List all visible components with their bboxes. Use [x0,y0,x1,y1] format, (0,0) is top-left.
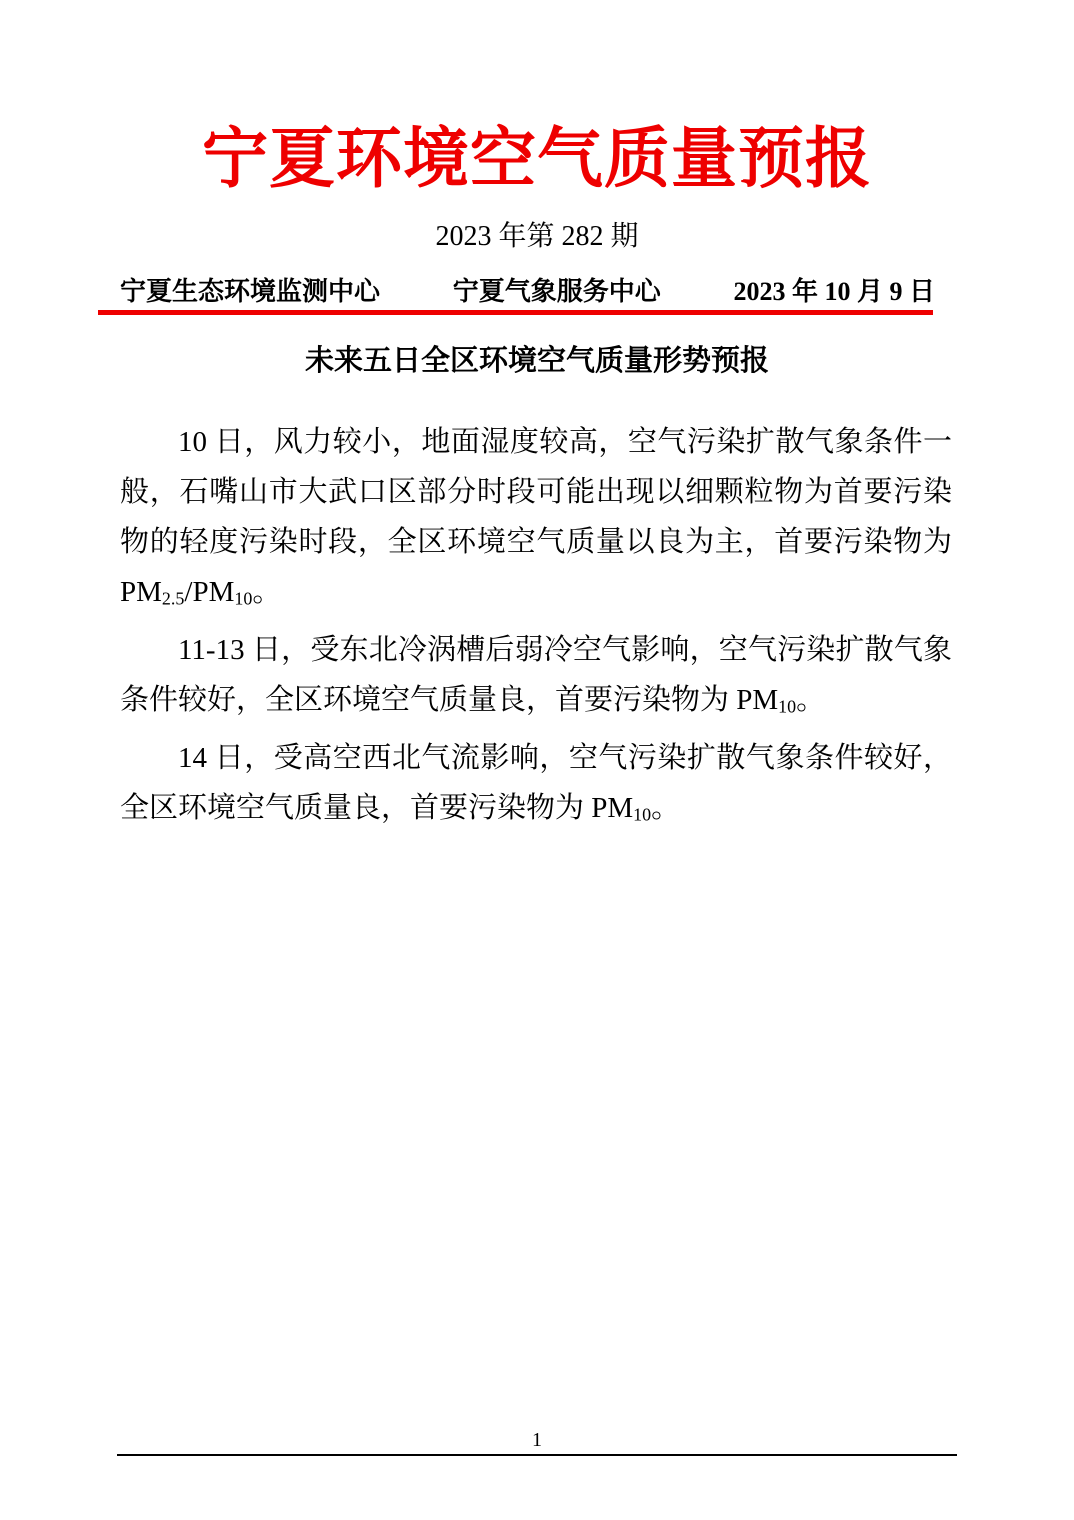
page-number: 1 [532,1429,542,1451]
header-org-left: 宁夏生态环境监测中心 [120,276,380,309]
footer-divider-line [117,1454,957,1456]
page-footer: 1 [117,1428,957,1456]
paragraph-text: 10 日，风力较小，地面湿度较高，空气污染扩散气象条件一般，石嘴山市大武口区部分… [120,426,952,608]
page-title: 宁夏环境空气质量预报 [0,122,1074,198]
header-date: 2023 年 10 月 9 日 [733,276,935,309]
section-title: 未来五日全区环境空气质量形势预报 [0,344,1074,379]
paragraph-text: 14 日，受高空西北气流影响，空气污染扩散气象条件较好，全区环境空气质量良，首要… [120,742,952,824]
red-divider-line [98,310,933,315]
header-org-center: 宁夏气象服务中心 [453,276,661,309]
subscript-text: 10 [234,589,252,609]
body-paragraph: 11-13 日，受东北冷涡槽后弱冷空气影响，空气污染扩散气象条件较好，全区环境空… [120,625,952,725]
subscript-text: 10 [778,697,796,717]
paragraph-text: /PM [184,576,234,608]
body-paragraph: 10 日，风力较小，地面湿度较高，空气污染扩散气象条件一般，石嘴山市大武口区部分… [120,417,952,617]
body-paragraph: 14 日，受高空西北气流影响，空气污染扩散气象条件较好，全区环境空气质量良，首要… [120,733,952,833]
paragraph-text: 11-13 日，受东北冷涡槽后弱冷空气影响，空气污染扩散气象条件较好，全区环境空… [120,634,952,716]
subscript-text: 10 [633,805,651,825]
header-row: 宁夏生态环境监测中心 宁夏气象服务中心 2023 年 10 月 9 日 [120,276,935,309]
forecast-body: 10 日，风力较小，地面湿度较高，空气污染扩散气象条件一般，石嘴山市大武口区部分… [120,417,952,841]
paragraph-text: 。 [796,684,825,716]
paragraph-text: 。 [252,576,281,608]
paragraph-text: 。 [651,792,680,824]
subscript-text: 2.5 [162,589,184,609]
issue-number: 2023 年第 282 期 [0,220,1074,254]
document-page: 宁夏环境空气质量预报 2023 年第 282 期 宁夏生态环境监测中心 宁夏气象… [0,0,1074,1520]
